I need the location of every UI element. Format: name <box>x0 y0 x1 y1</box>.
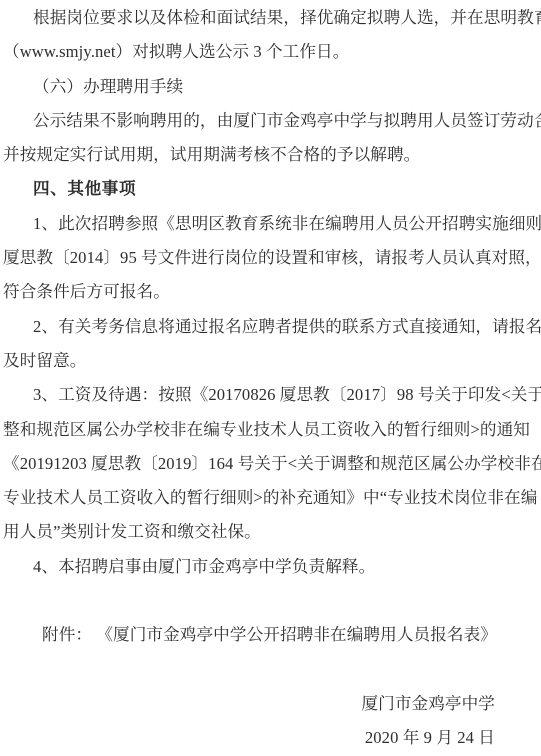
document-page: 根据岗位要求以及体检和面试结果，择优确定拟聘人选，并在思明教育 （www.smj… <box>0 0 541 756</box>
paragraph-line: 并按规定实行试用期，试用期满考核不合格的予以解聘。 <box>0 138 541 172</box>
blank-line <box>0 653 541 687</box>
section-heading-line: 四、其他事项 <box>0 172 541 206</box>
paragraph-line: 公示结果不影响聘用的，由厦门市金鸡亭中学与拟聘用人员签订劳动合 <box>0 104 541 138</box>
signature-date-line: 2020 年 9 月 24 日 <box>0 721 541 755</box>
paragraph-line: 专业技术人员工资收入的暂行细则>的补充通知》中“专业技术岗位非在编 <box>0 481 541 515</box>
numbered-item-line: 4、本招聘启事由厦门市金鸡亭中学负责解释。 <box>0 550 541 584</box>
paragraph-line: 《20191203 厦思教〔2019〕164 号关于<关于调整和规范区属公办学校… <box>0 447 541 481</box>
document-body: 根据岗位要求以及体检和面试结果，择优确定拟聘人选，并在思明教育 （www.smj… <box>0 0 541 756</box>
signature-org-line: 厦门市金鸡亭中学 <box>0 687 541 721</box>
numbered-item-line: 2、有关考务信息将通过报名应聘者提供的联系方式直接通知，请报名 <box>0 310 541 344</box>
subsection-heading-line: （六）办理聘用手续 <box>0 70 541 104</box>
paragraph-line: 符合条件后方可报名。 <box>0 275 541 309</box>
paragraph-line: 整和规范区属公办学校非在编专业技术人员工资收入的暂行细则>的通知 <box>0 413 541 447</box>
paragraph-line: （www.smjy.net）对拟聘人选公示 3 个工作日。 <box>0 35 541 69</box>
blank-line <box>0 584 541 618</box>
numbered-item-line: 1、此次招聘参照《思明区教育系统非在编聘用人员公开招聘实施细则 <box>0 207 541 241</box>
attachment-line: 附件： 《厦门市金鸡亭中学公开招聘非在编聘用人员报名表》 <box>0 618 541 652</box>
numbered-item-line: 3、工资及待遇：按照《20170826 厦思教〔2017〕98 号关于印发<关于 <box>0 378 541 412</box>
paragraph-line: 用人员”类别计发工资和缴交社保。 <box>0 515 541 549</box>
paragraph-line: 厦思教〔2014〕95 号文件进行岗位的设置和审核，请报考人员认真对照，确 <box>0 241 541 275</box>
paragraph-line: 及时留意。 <box>0 344 541 378</box>
paragraph-line: 根据岗位要求以及体检和面试结果，择优确定拟聘人选，并在思明教育 <box>0 1 541 35</box>
